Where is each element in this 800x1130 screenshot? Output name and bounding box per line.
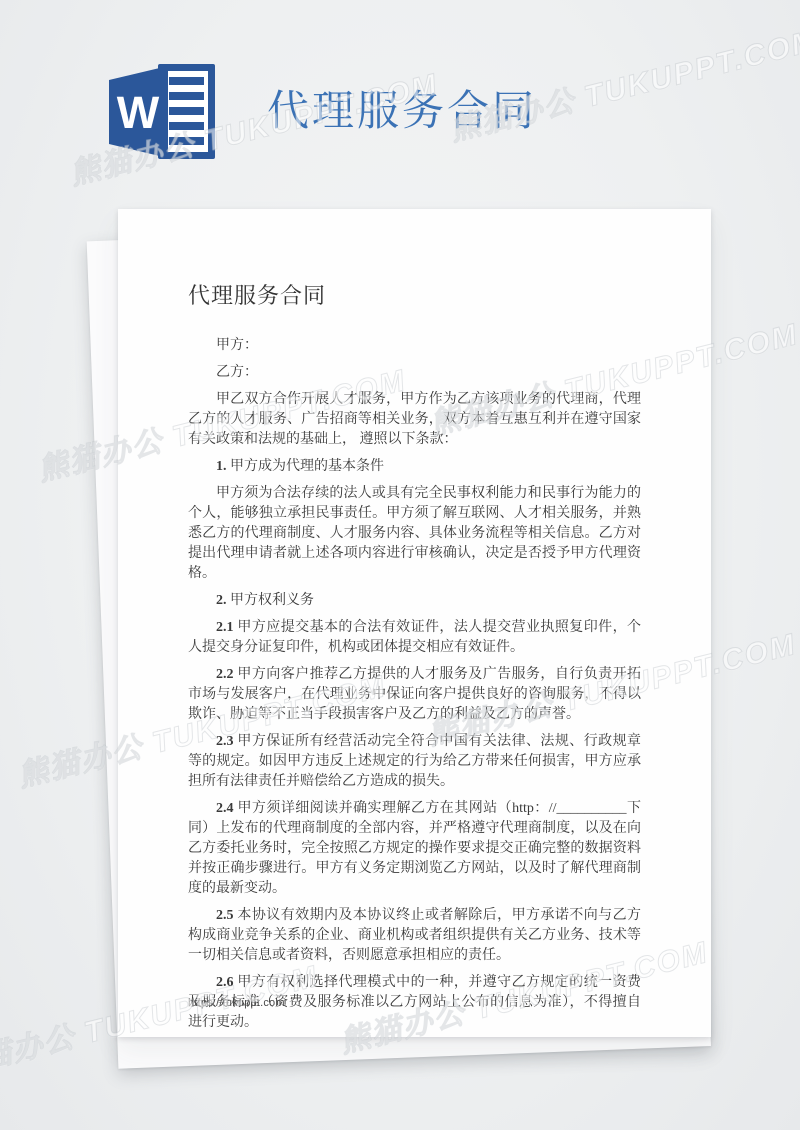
header: W 代理服务合同 (105, 56, 537, 166)
footer-link: https://tukuppt.com (188, 997, 285, 1009)
contract-paragraph: 2.2 甲方向客户推荐乙方提供的人才服务及广告服务，自行负责开拓市场与发展客户，… (188, 665, 641, 725)
contract-paragraph: 甲方： (188, 336, 641, 356)
page-title: 代理服务合同 (267, 88, 537, 134)
contract-paragraph: 2.5 本协议有效期内及本协议终止或者解除后，甲方承诺不向与乙方构成商业竞争关系… (188, 906, 641, 966)
contract-paragraph: 2.3 甲方保证所有经营活动完全符合中国有关法律、法规、行政规章等的规定。如因甲… (188, 732, 641, 792)
contract-body: 甲方：乙方：甲乙双方合作开展人才服务，甲方作为乙方该项业务的代理商，代理乙方的人… (188, 336, 641, 1033)
contract-paragraph: 甲方须为合法存续的法人或具有完全民事权利能力和民事行为能力的个人，能够独立承担民… (188, 484, 641, 584)
contract-paragraph: 1. 甲方成为代理的基本条件 (188, 457, 641, 477)
document-page: 代理服务合同 甲方：乙方：甲乙双方合作开展人才服务，甲方作为乙方该项业务的代理商… (118, 209, 711, 1037)
contract-paragraph: 2.4 甲方须详细阅读并确实理解乙方在其网站（http：//__________… (188, 799, 641, 899)
contract-paragraph: 乙方： (188, 363, 641, 383)
contract-paragraph: 2. 甲方权利义务 (188, 591, 641, 611)
svg-text:W: W (117, 87, 160, 138)
contract-paragraph: 2.1 甲方应提交基本的合法有效证件，法人提交营业执照复印件，个人提交身分证复印… (188, 618, 641, 658)
contract-paragraph: 甲乙双方合作开展人才服务，甲方作为乙方该项业务的代理商，代理乙方的人才服务、广告… (188, 390, 641, 450)
document-title: 代理服务合同 (188, 283, 641, 309)
word-icon: W (105, 56, 217, 166)
